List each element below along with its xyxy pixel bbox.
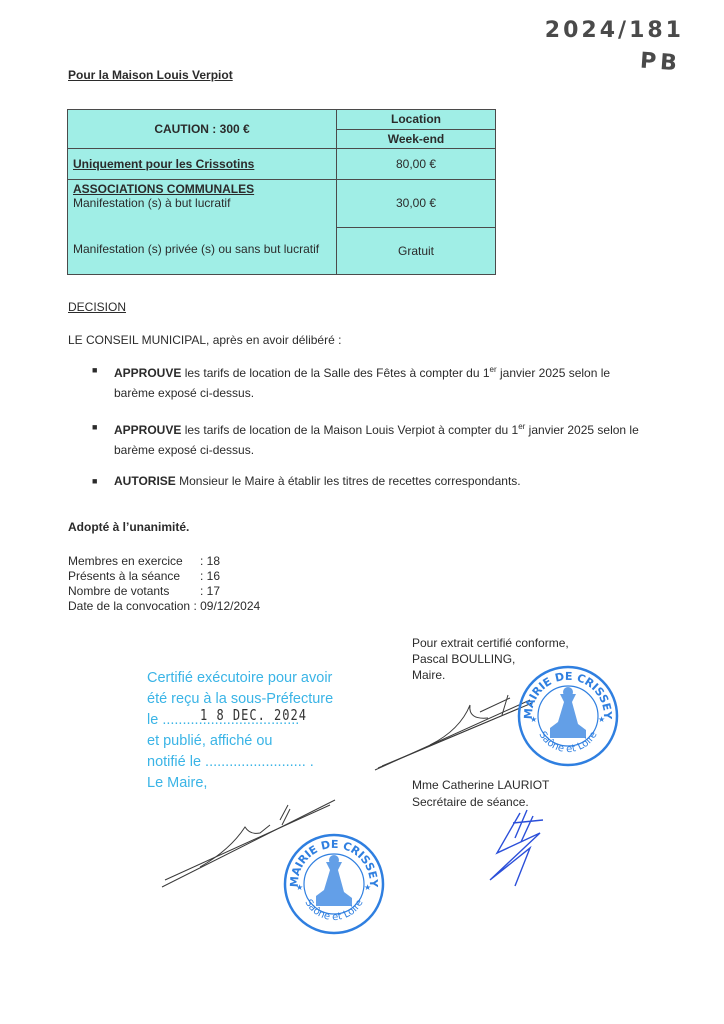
svg-text:★: ★ xyxy=(530,715,537,724)
stamp-line: et publié, affiché ou xyxy=(147,731,333,752)
mairie-seal-icon: MAIRIE DE CRISSEY Saône et Loire ★ ★ xyxy=(516,664,620,768)
secretary-block: Mme Catherine LAURIOT Secrétaire de séan… xyxy=(412,777,549,811)
row-value: 80,00 € xyxy=(337,149,496,180)
tarif-table: CAUTION : 300 € Location Week-end Unique… xyxy=(67,109,496,275)
stat-label: Date de la convocation xyxy=(68,599,190,614)
secretary-signature-icon xyxy=(485,808,555,888)
reference-number: 2024/181 xyxy=(545,18,684,43)
stat-row: Membres en exercice: 18 xyxy=(68,554,260,569)
stat-row: Nombre de votants: 17 xyxy=(68,584,260,599)
decision-verb: AUTORISE xyxy=(114,474,176,488)
decision-verb: APPROUVE xyxy=(114,423,181,437)
stamp-line: Certifié exécutoire pour avoir xyxy=(147,668,333,689)
superscript: er xyxy=(490,365,497,374)
decision-item: ■ AUTORISE Monsieur le Maire à établir l… xyxy=(92,471,652,491)
stamp-line: notifié le ......................... . xyxy=(147,752,333,773)
column-header-location: Location xyxy=(337,110,496,130)
mayor-signature-icon xyxy=(370,690,540,775)
mairie-seal-icon: MAIRIE DE CRISSEY Saône et Loire ★ ★ xyxy=(282,832,386,936)
stat-value: : 16 xyxy=(200,569,220,584)
reference-initials: PB xyxy=(639,49,682,77)
stat-value: : 09/12/2024 xyxy=(193,599,260,614)
vote-stats: Membres en exercice: 18 Présents à la sé… xyxy=(68,554,260,614)
table-row: Uniquement pour les Crissotins 80,00 € xyxy=(68,149,496,180)
svg-text:★: ★ xyxy=(598,715,605,724)
stat-value: : 17 xyxy=(200,584,220,599)
bullet-icon: ■ xyxy=(92,471,97,491)
section-title: Pour la Maison Louis Verpiot xyxy=(68,68,233,82)
row-label: Manifestation (s) privée (s) ou sans but… xyxy=(73,242,331,256)
bullet-icon: ■ xyxy=(92,360,97,380)
svg-text:★: ★ xyxy=(296,883,303,892)
row-value: 30,00 € xyxy=(337,180,496,228)
bullet-icon: ■ xyxy=(92,417,97,437)
decision-verb: APPROUVE xyxy=(114,366,181,380)
row-group-label: ASSOCIATIONS COMMUNALES xyxy=(73,182,331,196)
decision-text: les tarifs de location de la Salle des F… xyxy=(181,366,489,380)
vote-result: Adopté à l’unanimité. xyxy=(68,520,189,534)
stat-label: Membres en exercice xyxy=(68,554,200,569)
table-row: ASSOCIATIONS COMMUNALES Manifestation (s… xyxy=(68,180,496,228)
decision-intro: LE CONSEIL MUNICIPAL, après en avoir dél… xyxy=(68,333,341,347)
column-header-weekend: Week-end xyxy=(337,129,496,149)
stat-label: Nombre de votants xyxy=(68,584,200,599)
svg-text:★: ★ xyxy=(364,883,371,892)
secretary-name: Mme Catherine LAURIOT xyxy=(412,777,549,794)
decision-text: Monsieur le Maire à établir les titres d… xyxy=(176,474,521,488)
row-value: Gratuit xyxy=(337,227,496,275)
stat-value: : 18 xyxy=(200,554,220,569)
stat-label: Présents à la séance xyxy=(68,569,200,584)
row-label: Uniquement pour les Crissotins xyxy=(73,157,254,171)
received-date-stamp: 1 8 DEC. 2024 xyxy=(200,706,307,724)
stat-row: Date de la convocation : 09/12/2024 xyxy=(68,599,260,614)
prefecture-stamp: Certifié exécutoire pour avoir été reçu … xyxy=(147,668,333,794)
certification-line: Pour extrait certifié conforme, xyxy=(412,635,569,651)
decision-text: les tarifs de location de la Maison Loui… xyxy=(181,423,518,437)
decision-title: DECISION xyxy=(68,300,126,314)
decision-item: ■ APPROUVE les tarifs de location de la … xyxy=(92,417,652,460)
decision-item: ■ APPROUVE les tarifs de location de la … xyxy=(92,360,652,403)
stat-row: Présents à la séance: 16 xyxy=(68,569,260,584)
stamp-line: Le Maire, xyxy=(147,773,333,794)
row-label: Manifestation (s) à but lucratif xyxy=(73,196,331,210)
caution-header: CAUTION : 300 € xyxy=(68,110,337,149)
